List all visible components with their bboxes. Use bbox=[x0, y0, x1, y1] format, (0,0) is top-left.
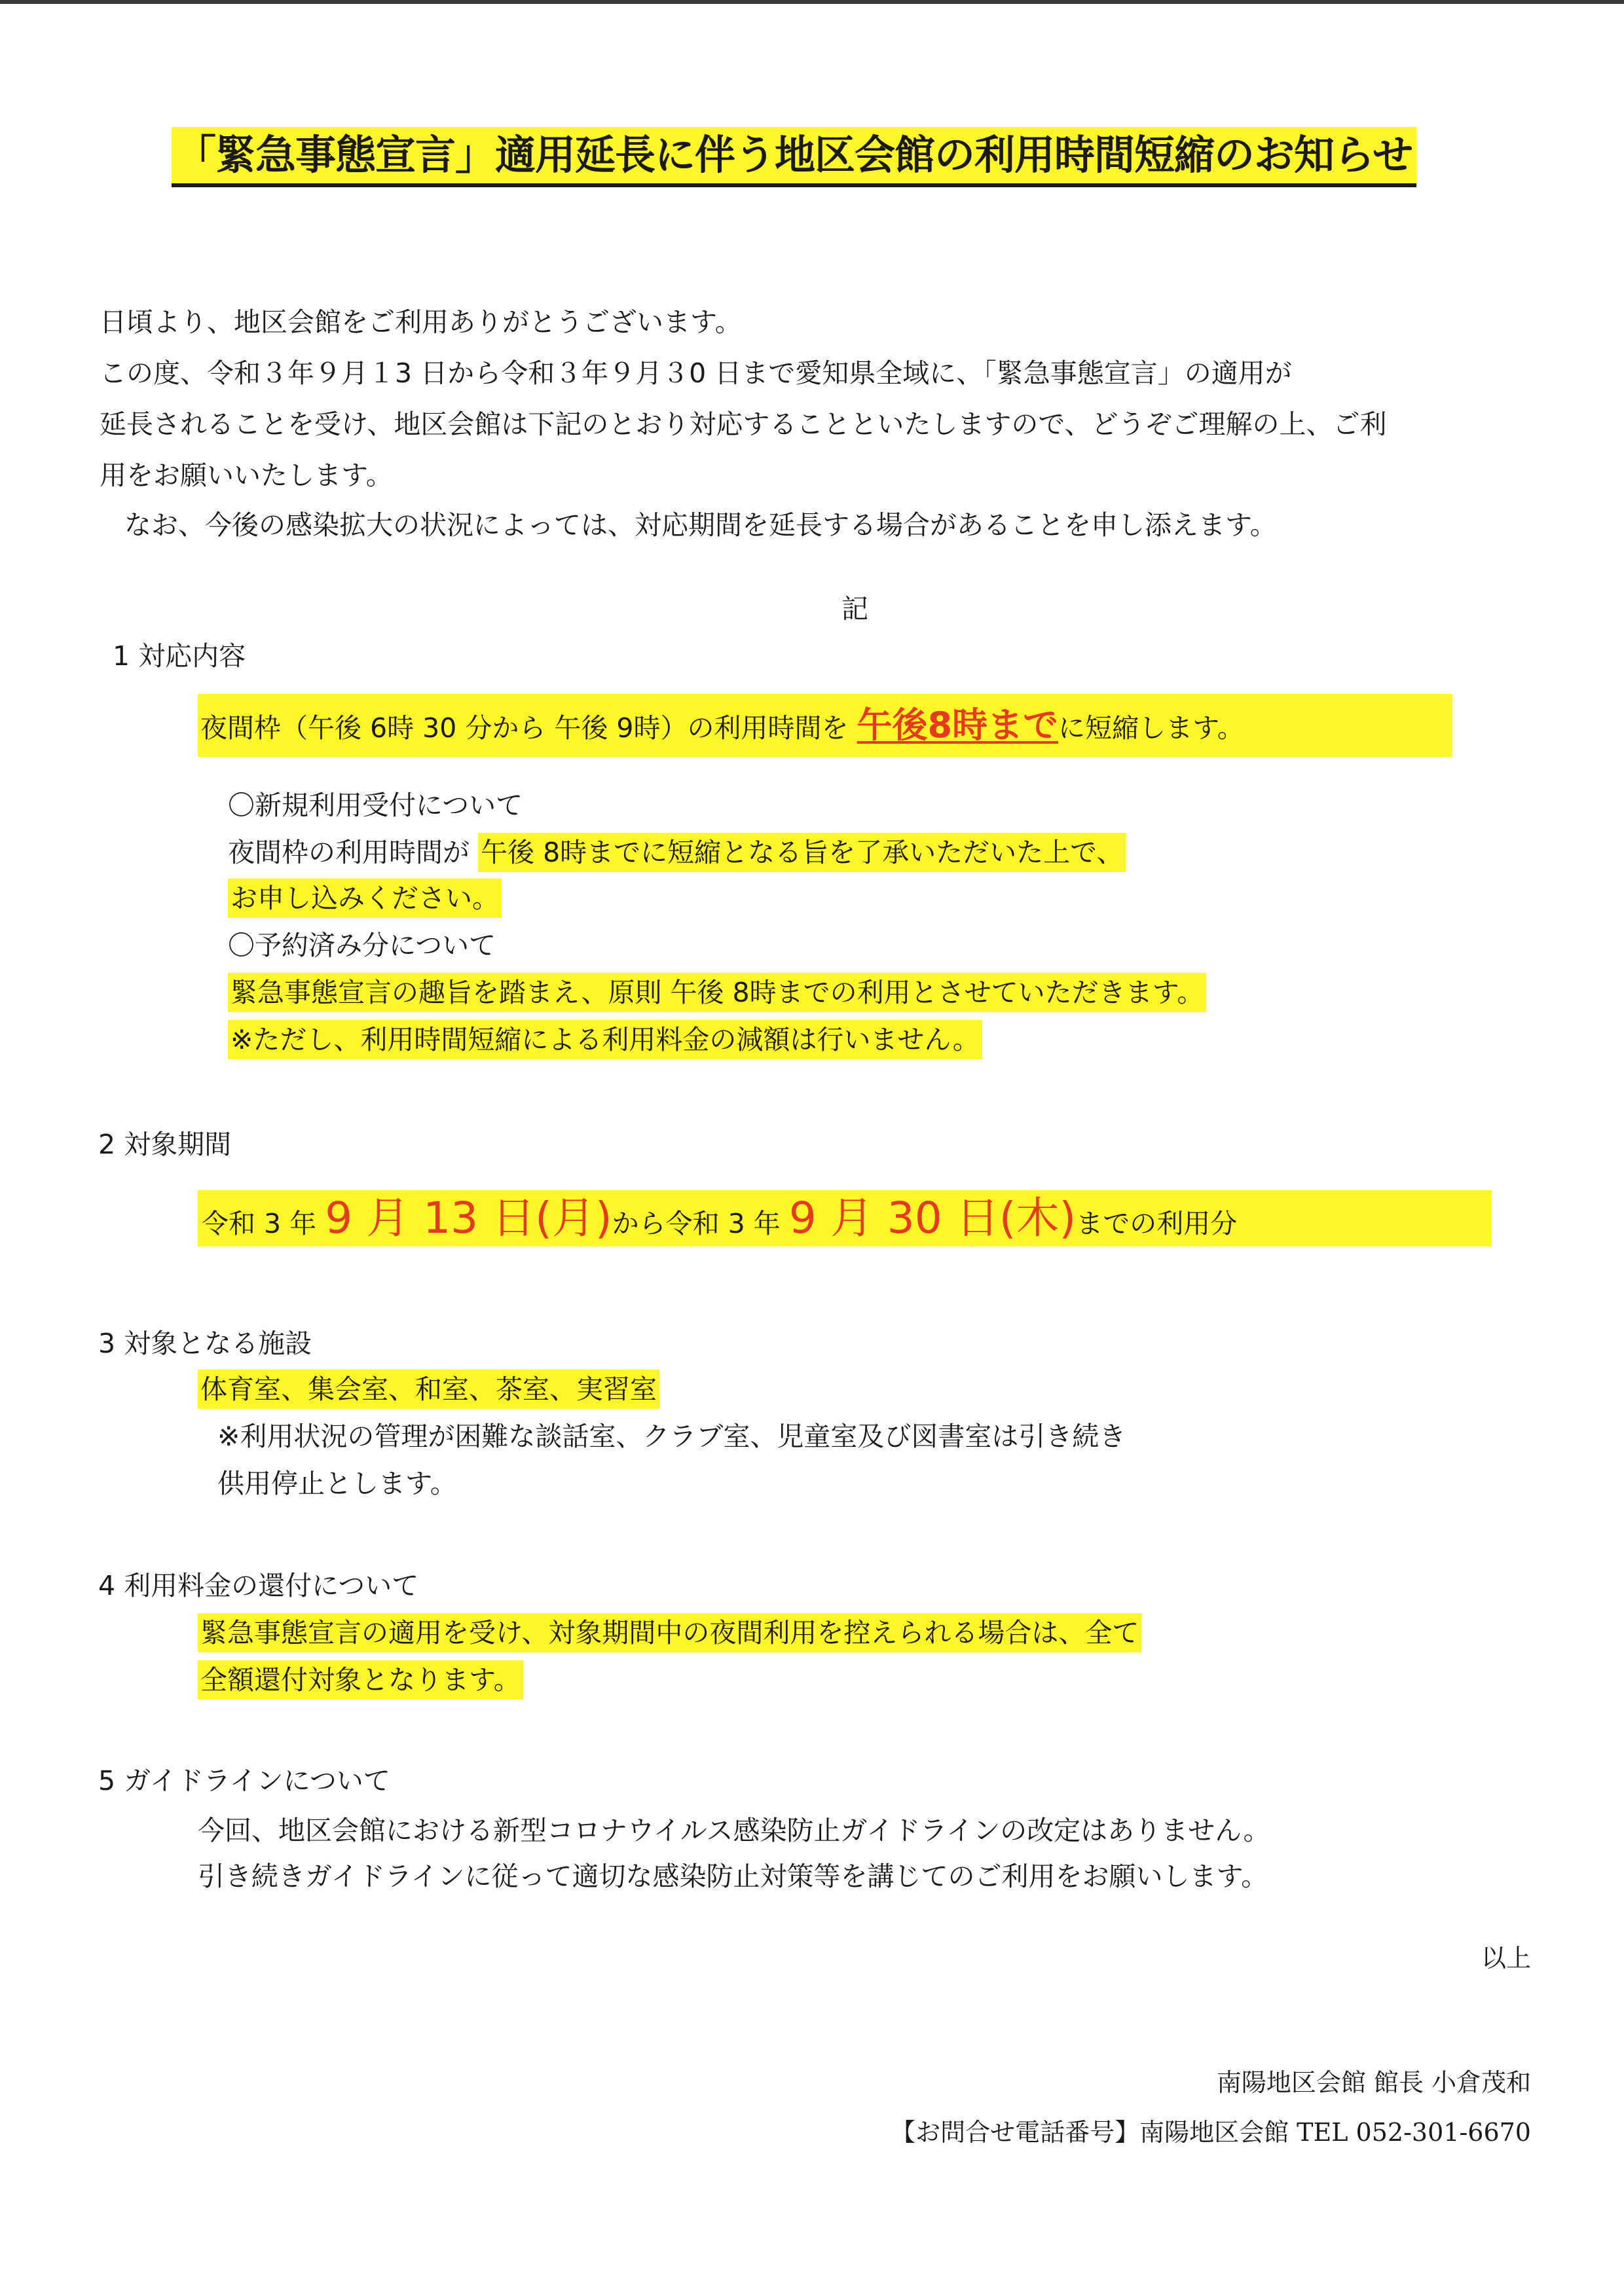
new-line-plain: 夜間枠の利用時間が bbox=[228, 837, 478, 868]
reserved-line-2: ※ただし、利用時間短縮による利用料金の減額は行いません。 bbox=[228, 1020, 982, 1059]
period-end-date: 9 月 30 日(木) bbox=[789, 1193, 1076, 1243]
reserved-highlight: ※ただし、利用時間短縮による利用料金の減額は行いません。 bbox=[228, 1020, 982, 1059]
section-heading: 1 対応内容 bbox=[113, 636, 246, 676]
reserved-line-1: 緊急事態宣言の趣旨を踏まえ、原則 午後 8時までの利用とさせていただきます。 bbox=[228, 973, 1206, 1012]
subheading-new: 〇新規利用受付について bbox=[228, 786, 523, 825]
main-notice-suffix: に短縮します。 bbox=[1058, 712, 1244, 744]
new-line-highlight: 午後 8時までに短縮となる旨を了承いただいた上で、 bbox=[478, 833, 1126, 872]
refund-line-2: 全額還付対象となります。 bbox=[198, 1660, 523, 1700]
main-notice-emphasis: 午後8時まで bbox=[857, 704, 1059, 746]
section-heading: 2 対象期間 bbox=[98, 1125, 231, 1164]
reserved-highlight: 緊急事態宣言の趣旨を踏まえ、原則 午後 8時までの利用とさせていただきます。 bbox=[228, 973, 1206, 1012]
refund-highlight: 全額還付対象となります。 bbox=[198, 1660, 523, 1700]
intro-line: この度、令和３年９月１3 日から令和３年９月３0 日まで愛知県全域に、「緊急事態… bbox=[100, 354, 1292, 393]
refund-line-1: 緊急事態宣言の適用を受け、対象期間中の夜間利用を控えられる場合は、全て bbox=[198, 1613, 1141, 1652]
subheading-reserved: 〇予約済み分について bbox=[228, 926, 496, 965]
main-notice-prefix: 夜間枠（午後 6時 30 分から 午後 9時）の利用時間を bbox=[200, 712, 857, 744]
new-line-2: お申し込みください。 bbox=[228, 879, 502, 918]
period-banner: 令和 3 年 9 月 13 日(月)から令和 3 年 9 月 30 日(木)まで… bbox=[198, 1190, 1492, 1247]
scan-edge bbox=[0, 0, 1624, 4]
contact-info: 【お問合せ電話番号】南陽地区会館 TEL 052-301-6670 bbox=[891, 2112, 1531, 2148]
intro-note: なお、今後の感染拡大の状況によっては、対応期間を延長する場合があることを申し添え… bbox=[124, 505, 1277, 545]
section-heading: 4 利用料金の還付について bbox=[98, 1566, 418, 1605]
period-start-date: 9 月 13 日(月) bbox=[325, 1193, 612, 1243]
signature: 南陽地区会館 館長 小倉茂和 bbox=[1217, 2062, 1531, 2098]
period-era: から令和 3 年 bbox=[612, 1208, 789, 1239]
facilities-highlight: 体育室、集会室、和室、茶室、実習室 bbox=[198, 1370, 659, 1409]
intro-line: 用をお願いいたします。 bbox=[100, 456, 393, 495]
page-title: 「緊急事態宣言」適用延長に伴う地区会館の利用時間短縮のお知らせ bbox=[172, 127, 1416, 187]
ki-label: 記 bbox=[841, 589, 868, 629]
section-heading: 5 ガイドラインについて bbox=[98, 1761, 390, 1800]
refund-highlight: 緊急事態宣言の適用を受け、対象期間中の夜間利用を控えられる場合は、全て bbox=[198, 1613, 1141, 1652]
intro-line: 延長されることを受け、地区会館は下記のとおり対応することといたしますので、どうぞ… bbox=[100, 405, 1387, 444]
intro-line: 日頃より、地区会館をご利用ありがとうございます。 bbox=[100, 302, 742, 342]
guideline-line: 今回、地区会館における新型コロナウイルス感染防止ガイドラインの改定はありません。 bbox=[198, 1811, 1270, 1850]
new-line-1: 夜間枠の利用時間が 午後 8時までに短縮となる旨を了承いただいた上で、 bbox=[228, 833, 1126, 872]
main-notice: 夜間枠（午後 6時 30 分から 午後 9時）の利用時間を 午後8時までに短縮し… bbox=[198, 694, 1452, 757]
guideline-line: 引き続きガイドラインに従って適切な感染防止対策等を講じてのご利用をお願いします。 bbox=[198, 1857, 1268, 1896]
facilities-note: 供用停止とします。 bbox=[217, 1464, 457, 1503]
new-line-highlight: お申し込みください。 bbox=[228, 879, 502, 918]
facilities: 体育室、集会室、和室、茶室、実習室 bbox=[198, 1370, 659, 1409]
closing-mark: 以上 bbox=[1481, 1938, 1531, 1974]
period-suffix: までの利用分 bbox=[1076, 1208, 1237, 1239]
section-heading: 3 対象となる施設 bbox=[98, 1324, 312, 1363]
period-era: 令和 3 年 bbox=[202, 1208, 325, 1239]
facilities-note: ※利用状況の管理が困難な談話室、クラブ室、児童室及び図書室は引き続き bbox=[217, 1417, 1126, 1456]
